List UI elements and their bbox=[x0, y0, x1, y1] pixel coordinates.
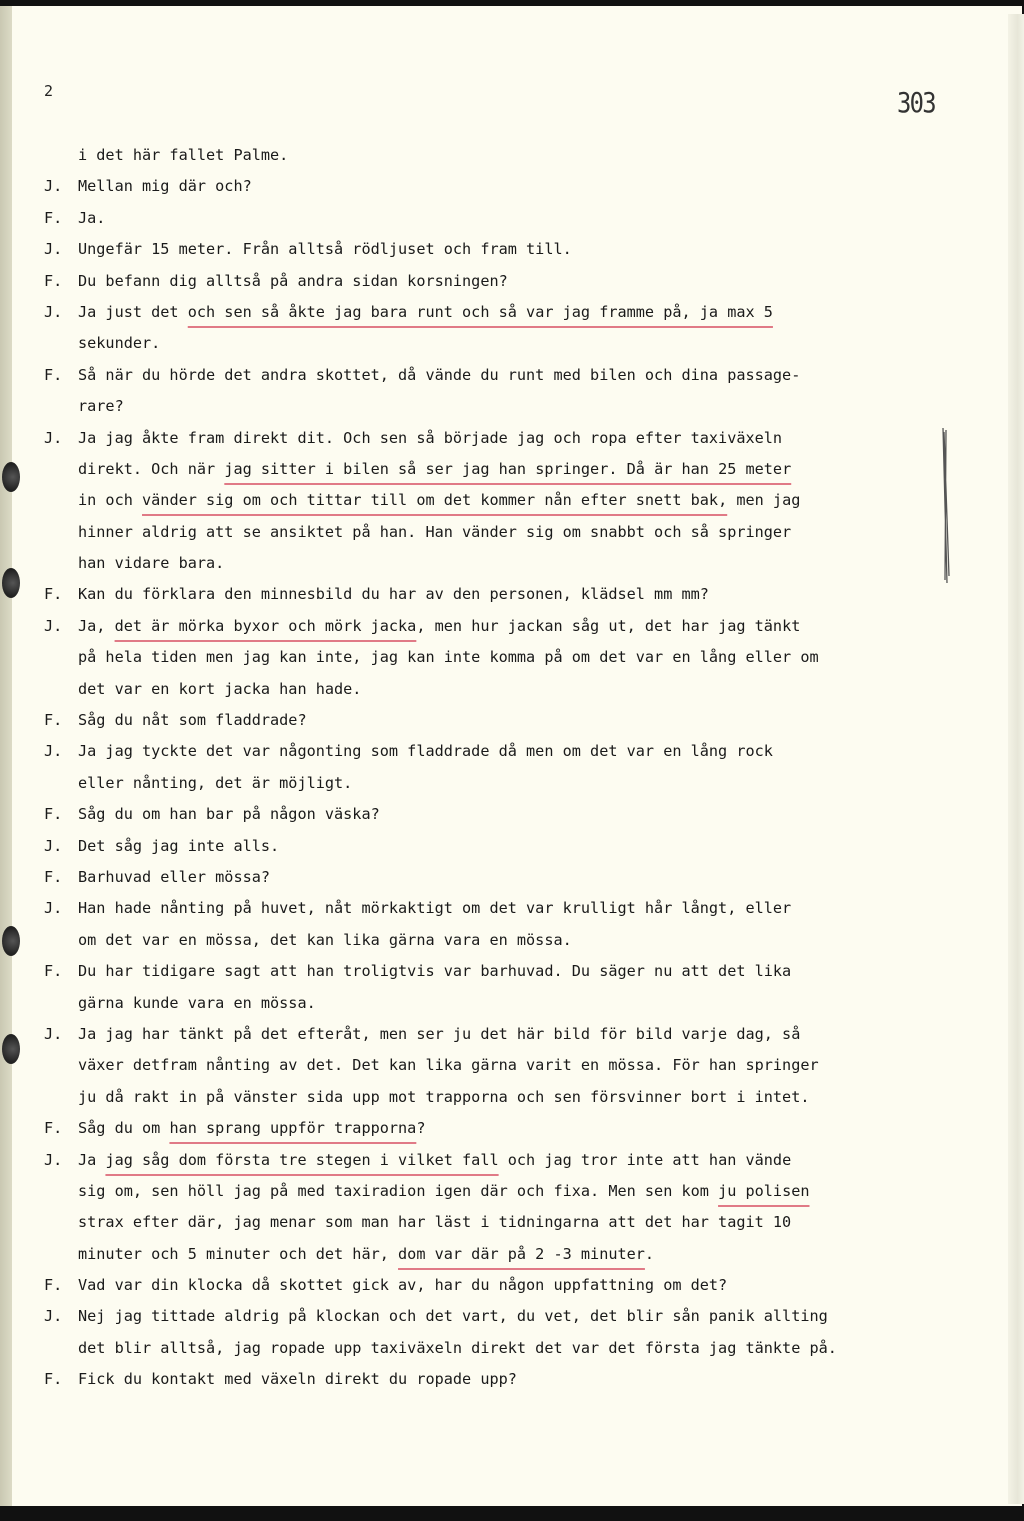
transcript-line: F.Du befann dig alltså på andra sidan ko… bbox=[44, 266, 944, 297]
utterance-text: Det såg jag inte alls. bbox=[78, 837, 279, 855]
page-number: 2 bbox=[44, 82, 53, 100]
utterance-text: Du befann dig alltså på andra sidan kors… bbox=[78, 272, 508, 290]
utterance-text: Vad var din klocka då skottet gick av, h… bbox=[78, 1276, 727, 1294]
utterance-text: gärna kunde vara en mössa. bbox=[78, 994, 316, 1012]
transcript-line: in och vänder sig om och tittar till om … bbox=[44, 485, 944, 516]
punch-hole bbox=[2, 926, 20, 956]
speaker-label: J. bbox=[44, 234, 78, 265]
speaker-label: F. bbox=[44, 1364, 78, 1395]
utterance-text: Du har tidigare sagt att han troligtvis … bbox=[78, 962, 791, 980]
speaker-label: J. bbox=[44, 1145, 78, 1176]
utterance-text: Kan du förklara den minnesbild du har av… bbox=[78, 585, 709, 603]
page-right-edge bbox=[1008, 14, 1024, 1504]
transcript-line: om det var en mössa, det kan lika gärna … bbox=[44, 925, 944, 956]
transcript-line: direkt. Och när jag sitter i bilen så se… bbox=[44, 454, 944, 485]
transcript-line: J.Han hade nånting på huvet, nåt mörkakt… bbox=[44, 893, 944, 924]
highlighted-phrase: jag såg dom första tre stegen i vilket f… bbox=[105, 1151, 498, 1169]
speaker-label: F. bbox=[44, 799, 78, 830]
speaker-label: F. bbox=[44, 266, 78, 297]
speaker-label: J. bbox=[44, 736, 78, 767]
utterance-text: Ungefär 15 meter. Från alltså rödljuset … bbox=[78, 240, 572, 258]
utterance-text: minuter och 5 minuter och det här, dom v… bbox=[78, 1245, 654, 1263]
punch-hole bbox=[2, 568, 20, 598]
speaker-label: J. bbox=[44, 611, 78, 642]
interview-transcript: i det här fallet Palme.J.Mellan mig där … bbox=[44, 140, 944, 1396]
transcript-line: F.Vad var din klocka då skottet gick av,… bbox=[44, 1270, 944, 1301]
utterance-text: Så när du hörde det andra skottet, då vä… bbox=[78, 366, 800, 384]
transcript-line: J.Ja jag har tänkt på det efteråt, men s… bbox=[44, 1019, 944, 1050]
utterance-text: Såg du nåt som fladdrade? bbox=[78, 711, 307, 729]
utterance-text: han vidare bara. bbox=[78, 554, 224, 572]
utterance-text: rare? bbox=[78, 397, 124, 415]
utterance-text: det var en kort jacka han hade. bbox=[78, 680, 361, 698]
transcript-line: växer detfram nånting av det. Det kan li… bbox=[44, 1050, 944, 1081]
transcript-line: J.Ja, det är mörka byxor och mörk jacka,… bbox=[44, 611, 944, 642]
transcript-line: J.Ja just det och sen så åkte jag bara r… bbox=[44, 297, 944, 328]
utterance-text: Ja jag åkte fram direkt dit. Och sen så … bbox=[78, 429, 782, 447]
utterance-text: Ja, det är mörka byxor och mörk jacka, m… bbox=[78, 617, 800, 635]
speaker-label: F. bbox=[44, 360, 78, 391]
speaker-label: F. bbox=[44, 705, 78, 736]
transcript-line: F.Du har tidigare sagt att han troligtvi… bbox=[44, 956, 944, 987]
utterance-text: strax efter där, jag menar som man har l… bbox=[78, 1213, 791, 1231]
transcript-line: F.Kan du förklara den minnesbild du har … bbox=[44, 579, 944, 610]
utterance-text: Ja jag såg dom första tre stegen i vilke… bbox=[78, 1151, 791, 1169]
utterance-text: om det var en mössa, det kan lika gärna … bbox=[78, 931, 572, 949]
speaker-label: F. bbox=[44, 1113, 78, 1144]
speaker-label: F. bbox=[44, 203, 78, 234]
transcript-line: det var en kort jacka han hade. bbox=[44, 674, 944, 705]
utterance-text: Ja. bbox=[78, 209, 105, 227]
speaker-label: J. bbox=[44, 1019, 78, 1050]
transcript-line: sekunder. bbox=[44, 328, 944, 359]
speaker-label: F. bbox=[44, 579, 78, 610]
utterance-text: sig om, sen höll jag på med taxiradion i… bbox=[78, 1182, 810, 1200]
highlighted-phrase: ju polisen bbox=[718, 1182, 809, 1200]
utterance-text: på hela tiden men jag kan inte, jag kan … bbox=[78, 648, 819, 666]
utterance-text: Såg du om han bar på någon väska? bbox=[78, 805, 380, 823]
speaker-label: J. bbox=[44, 171, 78, 202]
transcript-line: F.Så när du hörde det andra skottet, då … bbox=[44, 360, 944, 391]
highlighted-phrase: jag sitter i bilen så ser jag han spring… bbox=[224, 460, 791, 478]
speaker-label: J. bbox=[44, 297, 78, 328]
punch-hole bbox=[2, 462, 20, 492]
transcript-line: i det här fallet Palme. bbox=[44, 140, 944, 171]
utterance-text: in och vänder sig om och tittar till om … bbox=[78, 491, 800, 509]
transcript-line: sig om, sen höll jag på med taxiradion i… bbox=[44, 1176, 944, 1207]
transcript-line: J.Mellan mig där och? bbox=[44, 171, 944, 202]
utterance-text: Han hade nånting på huvet, nåt mörkaktig… bbox=[78, 899, 791, 917]
transcript-line: F.Såg du nåt som fladdrade? bbox=[44, 705, 944, 736]
transcript-line: J.Ja jag såg dom första tre stegen i vil… bbox=[44, 1145, 944, 1176]
transcript-line: på hela tiden men jag kan inte, jag kan … bbox=[44, 642, 944, 673]
highlighted-phrase: och sen så åkte jag bara runt och så var… bbox=[188, 303, 773, 321]
utterance-text: Fick du kontakt med växeln direkt du rop… bbox=[78, 1370, 517, 1388]
utterance-text: direkt. Och när jag sitter i bilen så se… bbox=[78, 460, 791, 478]
transcript-line: F.Såg du om han bar på någon väska? bbox=[44, 799, 944, 830]
transcript-line: F.Fick du kontakt med växeln direkt du r… bbox=[44, 1364, 944, 1395]
transcript-line: J.Ungefär 15 meter. Från alltså rödljuse… bbox=[44, 234, 944, 265]
utterance-text: sekunder. bbox=[78, 334, 160, 352]
transcript-line: J.Ja jag åkte fram direkt dit. Och sen s… bbox=[44, 423, 944, 454]
utterance-text: Ja jag tyckte det var någonting som flad… bbox=[78, 742, 773, 760]
transcript-line: J.Nej jag tittade aldrig på klockan och … bbox=[44, 1301, 944, 1332]
highlighted-phrase: det är mörka byxor och mörk jacka bbox=[115, 617, 417, 635]
utterance-text: Såg du om han sprang uppför trapporna? bbox=[78, 1119, 425, 1137]
transcript-line: J.Ja jag tyckte det var någonting som fl… bbox=[44, 736, 944, 767]
utterance-text: Mellan mig där och? bbox=[78, 177, 252, 195]
utterance-text: i det här fallet Palme. bbox=[78, 146, 288, 164]
transcript-line: strax efter där, jag menar som man har l… bbox=[44, 1207, 944, 1238]
transcript-line: F.Såg du om han sprang uppför trapporna? bbox=[44, 1113, 944, 1144]
transcript-line: F.Ja. bbox=[44, 203, 944, 234]
transcript-line: ju då rakt in på vänster sida upp mot tr… bbox=[44, 1082, 944, 1113]
transcript-line: F.Barhuvad eller mössa? bbox=[44, 862, 944, 893]
speaker-label: J. bbox=[44, 1301, 78, 1332]
transcript-line: gärna kunde vara en mössa. bbox=[44, 988, 944, 1019]
punch-hole bbox=[2, 1034, 20, 1064]
transcript-line: det blir alltså, jag ropade upp taxiväxe… bbox=[44, 1333, 944, 1364]
speaker-label: J. bbox=[44, 831, 78, 862]
highlighted-phrase: han sprang uppför trapporna bbox=[169, 1119, 416, 1137]
transcript-line: minuter och 5 minuter och det här, dom v… bbox=[44, 1239, 944, 1270]
transcript-line: hinner aldrig att se ansiktet på han. Ha… bbox=[44, 517, 944, 548]
highlighted-phrase: dom var där på 2 -3 minuter bbox=[398, 1245, 645, 1263]
utterance-text: Ja jag har tänkt på det efteråt, men ser… bbox=[78, 1025, 800, 1043]
utterance-text: eller nånting, det är möjligt. bbox=[78, 774, 352, 792]
archive-page-number: 303 bbox=[897, 86, 935, 119]
utterance-text: Barhuvad eller mössa? bbox=[78, 868, 270, 886]
speaker-label: F. bbox=[44, 1270, 78, 1301]
utterance-text: det blir alltså, jag ropade upp taxiväxe… bbox=[78, 1339, 837, 1357]
highlighted-phrase: vänder sig om och tittar till om det kom… bbox=[142, 491, 727, 509]
speaker-label: F. bbox=[44, 956, 78, 987]
utterance-text: Nej jag tittade aldrig på klockan och de… bbox=[78, 1307, 828, 1325]
utterance-text: växer detfram nånting av det. Det kan li… bbox=[78, 1056, 819, 1074]
transcript-line: rare? bbox=[44, 391, 944, 422]
transcript-line: han vidare bara. bbox=[44, 548, 944, 579]
page-binding-edge bbox=[0, 6, 12, 1506]
utterance-text: ju då rakt in på vänster sida upp mot tr… bbox=[78, 1088, 810, 1106]
speaker-label: J. bbox=[44, 423, 78, 454]
speaker-label: F. bbox=[44, 862, 78, 893]
speaker-label: J. bbox=[44, 893, 78, 924]
utterance-text: Ja just det och sen så åkte jag bara run… bbox=[78, 303, 773, 321]
utterance-text: hinner aldrig att se ansiktet på han. Ha… bbox=[78, 523, 791, 541]
transcript-line: eller nånting, det är möjligt. bbox=[44, 768, 944, 799]
transcript-line: J.Det såg jag inte alls. bbox=[44, 831, 944, 862]
